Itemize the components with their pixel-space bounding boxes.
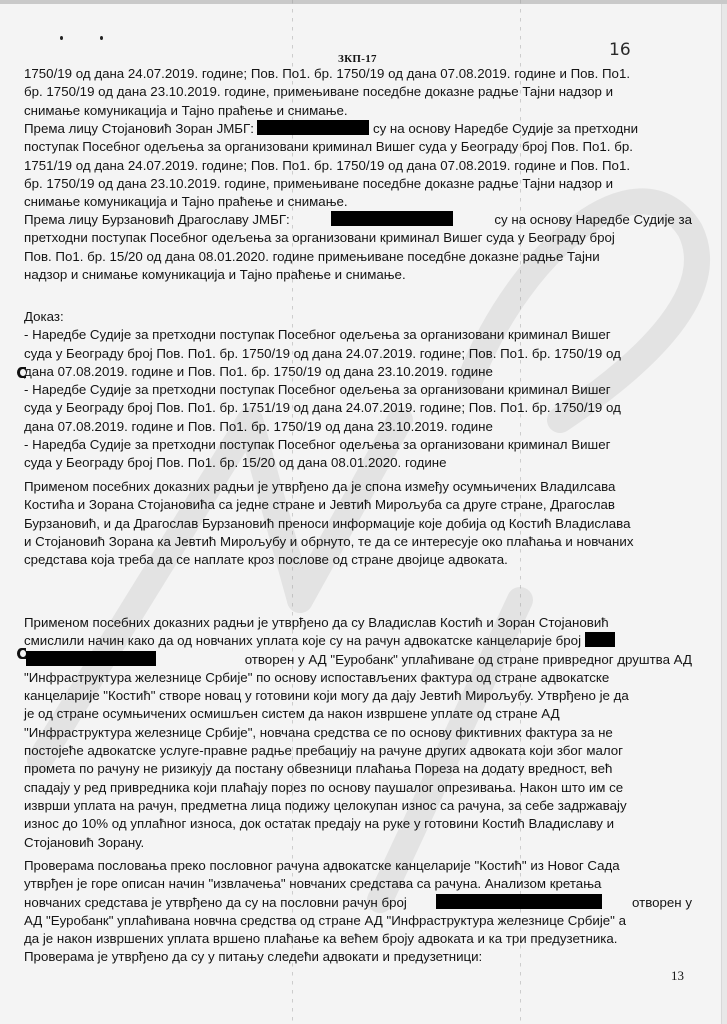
text-line: претходни поступак Посебног одељења за о…	[24, 229, 692, 247]
text-line: Проверама пословања преко пословног рачу…	[24, 857, 692, 875]
scan-right-edge	[721, 4, 727, 1024]
paragraph-stojanovic: Према лицу Стојановић Зоран ЈМБГ: су на …	[24, 120, 692, 211]
evidence-line: дана 07.08.2019. године и Пов. По1. бр. …	[24, 418, 692, 436]
text-line: спадају у ред привредника који плаћају п…	[24, 779, 692, 797]
text-line: Бурзановић, и да Драгослав Бурзановић пр…	[24, 515, 692, 533]
redaction-box	[257, 120, 369, 135]
text-line: отворен у АД "Еуробанк" уплаћиване од ст…	[24, 651, 692, 669]
text-line: Костића и Зорана Стојановића са једне ст…	[24, 496, 692, 514]
evidence-line: - Наредбе Судије за претходни поступак П…	[24, 381, 692, 399]
text-segment: су на основу Наредбе Судије за претходни	[373, 120, 638, 138]
text-line: смислили начин како да од новчаних уплат…	[24, 632, 692, 650]
text-line: поступак Посебног одељења за организован…	[24, 138, 692, 156]
text-line: бр. 1750/19 од дана 23.10.2019. године, …	[24, 175, 692, 193]
punch-hole	[17, 367, 26, 378]
text-segment: Према лицу Стојановић Зоран ЈМБГ:	[24, 120, 254, 138]
text-line: Стојановић Зорану.	[24, 834, 692, 852]
text-line: "Инфраструктура железнице Србије", новча…	[24, 724, 692, 742]
text-line: 1750/19 од дана 24.07.2019. године; Пов.…	[24, 65, 692, 83]
scan-speck	[60, 36, 63, 40]
text-line: Проверама је утврђено да су у питању сле…	[24, 948, 692, 966]
text-line: надзор и снимање комуникација и Тајно пр…	[24, 266, 692, 284]
evidence-section: Доказ: - Наредбе Судије за претходни пос…	[24, 308, 692, 473]
text-line: износ до 10% од уплаћног износа, док ост…	[24, 815, 692, 833]
redaction-box	[331, 211, 453, 226]
text-segment: отворен у АД "Еуробанк" уплаћиване од ст…	[245, 651, 692, 669]
text-line: изврши уплата на рачун, предметна лица п…	[24, 797, 692, 815]
text-line: новчаних средстава је утврђено да су на …	[24, 894, 692, 912]
text-segment: отворен у	[632, 894, 692, 912]
text-line: Применом посебних доказних радњи је утвр…	[24, 478, 692, 496]
paragraph-account-analysis: Проверама пословања преко пословног рачу…	[24, 857, 692, 967]
text-segment: смислили начин како да од новчаних уплат…	[24, 632, 581, 650]
text-line: снимање комуникација и Тајно праћење и с…	[24, 102, 692, 120]
redaction-box	[436, 894, 602, 909]
redaction-box	[26, 651, 156, 666]
text-line: да је након извршених уплата вршено плаћ…	[24, 930, 692, 948]
paragraph-scheme: Применом посебних доказних радњи је утвр…	[24, 614, 692, 852]
punch-hole	[17, 648, 26, 659]
text-line: и Стојановић Зорана ка Јевтић Мирољубу и…	[24, 533, 692, 551]
text-line: канцеларије "Костић" створе новац у гото…	[24, 687, 692, 705]
page-number: 13	[671, 968, 684, 984]
evidence-line: дана 07.08.2019. године и Пов. По1. бр. …	[24, 363, 692, 381]
evidence-line: суда у Београду број Пов. По1. бр. 1750/…	[24, 345, 692, 363]
evidence-line: - Наредба Судије за претходни поступак П…	[24, 436, 692, 454]
text-line: Пов. По1. бр. 15/20 од дана 08.01.2020. …	[24, 248, 692, 266]
evidence-line: суда у Београду број Пов. По1. бр. 1751/…	[24, 399, 692, 417]
evidence-label: Доказ:	[24, 308, 692, 326]
text-segment: новчаних средстава је утврђено да су на …	[24, 894, 407, 912]
text-line: утврђен је горе описан начин "извлачења"…	[24, 875, 692, 893]
text-line: снимање комуникација и Тајно праћење и с…	[24, 193, 692, 211]
text-line: постојеће адвокатске услуге-правне радње…	[24, 742, 692, 760]
paragraph-burzanovic: Према лицу Бурзановић Драгославу ЈМБГ: с…	[24, 211, 692, 284]
document-code: ЗКП-17	[338, 53, 377, 65]
text-line: средстава која треба да се наплате кроз …	[24, 551, 692, 569]
text-line: "Инфраструктура железнице Србије" по осн…	[24, 669, 692, 687]
paragraph-link-findings: Применом посебних доказних радњи је утвр…	[24, 478, 692, 569]
evidence-line: суда у Београду број Пов. По1. бр. 15/20…	[24, 454, 692, 472]
evidence-line: - Наредбе Судије за претходни поступак П…	[24, 326, 692, 344]
handwritten-page-number: 16	[609, 40, 631, 60]
text-line: АД "Еуробанк" уплаћивана новчна средства…	[24, 912, 692, 930]
text-line: Према лицу Стојановић Зоран ЈМБГ: су на …	[24, 120, 692, 138]
text-segment: Према лицу Бурзановић Драгославу ЈМБГ:	[24, 211, 290, 229]
redaction-box	[585, 632, 615, 647]
text-line: Применом посебних доказних радњи је утвр…	[24, 614, 692, 632]
text-line: Према лицу Бурзановић Драгославу ЈМБГ: с…	[24, 211, 692, 229]
text-line: 1751/19 од дана 24.07.2019. године; Пов.…	[24, 157, 692, 175]
text-line: бр. 1750/19 од дана 23.10.2019. године, …	[24, 83, 692, 101]
text-line: промета по рачуну не ризикују да постану…	[24, 760, 692, 778]
text-segment: су на основу Наредбе Судије за	[494, 211, 692, 229]
paragraph-surveillance-1: 1750/19 од дана 24.07.2019. године; Пов.…	[24, 65, 692, 120]
text-line: је од стране осумњичених осмишљен систем…	[24, 705, 692, 723]
scan-speck	[100, 36, 103, 40]
